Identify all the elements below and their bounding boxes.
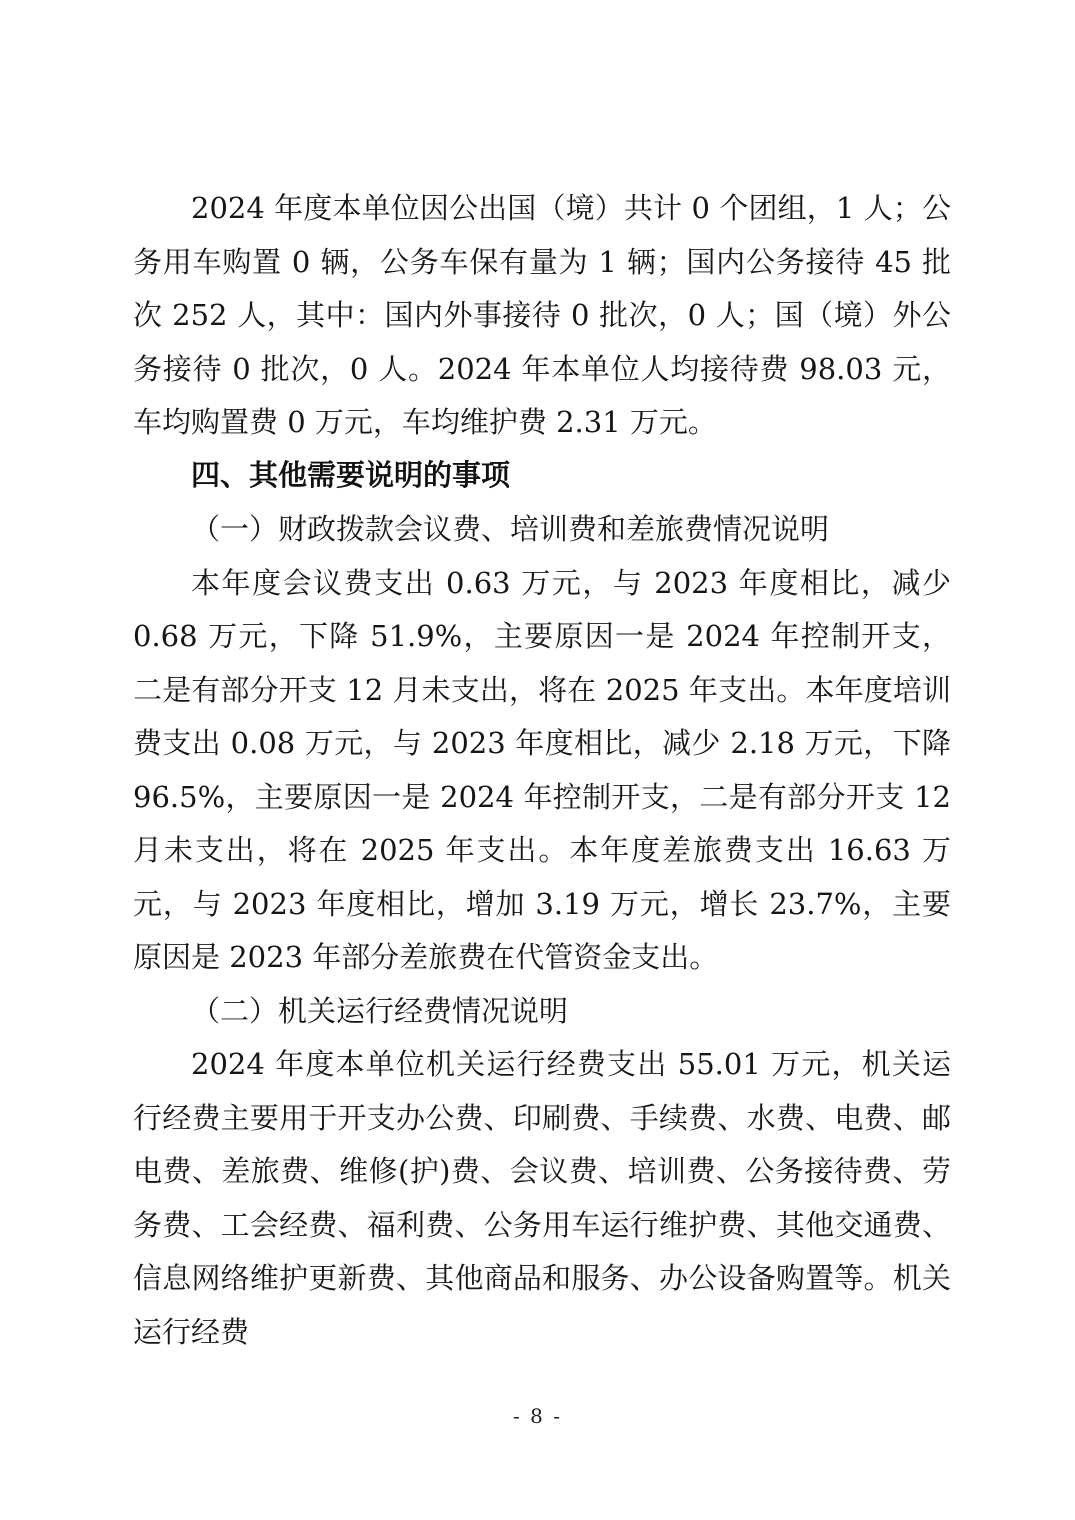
paragraph-overseas-trips-vehicles-reception: 2024 年度本单位因公出国（境）共计 0 个团组，1 人；公务用车购置 0 辆… <box>133 182 951 450</box>
subsection-heading-operating-expenses: （二）机关运行经费情况说明 <box>133 985 951 1039</box>
document-page: 2024 年度本单位因公出国（境）共计 0 个团组，1 人；公务用车购置 0 辆… <box>0 0 1075 1520</box>
document-content: 2024 年度本单位因公出国（境）共计 0 个团组，1 人；公务用车购置 0 辆… <box>133 182 951 1359</box>
page-number: - 8 - <box>0 1404 1075 1428</box>
paragraph-meeting-training-travel-details: 本年度会议费支出 0.63 万元，与 2023 年度相比，减少 0.68 万元，… <box>133 557 951 985</box>
paragraph-operating-expenses-details: 2024 年度本单位机关运行经费支出 55.01 万元，机关运行经费主要用于开支… <box>133 1038 951 1359</box>
section-heading-other-matters: 四、其他需要说明的事项 <box>133 450 951 504</box>
subsection-heading-meeting-training-travel-fees: （一）财政拨款会议费、培训费和差旅费情况说明 <box>133 503 951 557</box>
